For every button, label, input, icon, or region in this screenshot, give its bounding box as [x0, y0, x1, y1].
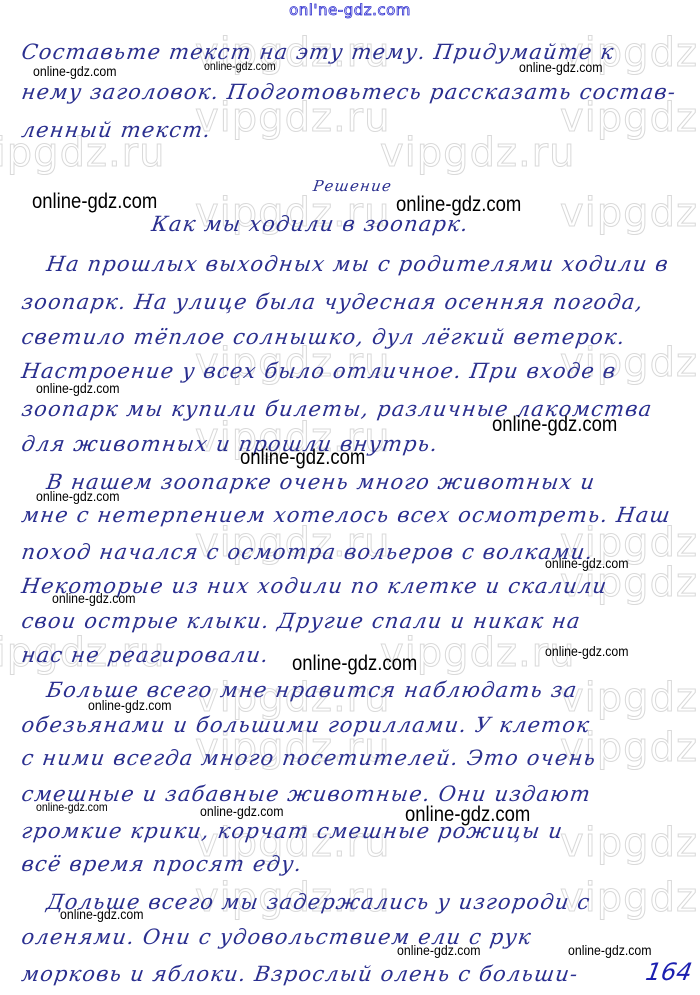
overlay-watermark: online-gdz.com — [88, 697, 172, 713]
overlay-watermark: online-gdz.com — [36, 380, 120, 396]
header-watermark: onl'ne-gdz.com — [0, 1, 700, 19]
essay-line: обезьянами и большими гориллами. У клето… — [20, 713, 592, 737]
essay-line: мне с нетерпением хотелось всех осмотрет… — [20, 503, 673, 527]
overlay-watermark: online-gdz.com — [52, 590, 136, 606]
overlay-watermark: online-gdz.com — [568, 942, 652, 958]
essay-line: В нашем зоопарке очень много животных и — [45, 470, 597, 494]
essay-line: морковь и яблоки. Взрослый олень с больш… — [20, 962, 580, 986]
overlay-watermark: online-gdz.com — [492, 413, 617, 437]
essay-line: На прошлых выходных мы с родителями ходи… — [45, 252, 671, 276]
bg-watermark: vipgdz.ru — [380, 130, 575, 176]
overlay-watermark: online-gdz.com — [32, 190, 157, 214]
overlay-watermark: online-gdz.com — [36, 488, 120, 504]
overlay-watermark: online-gdz.com — [397, 942, 481, 958]
bg-watermark: vipgdz.ru — [560, 190, 700, 236]
essay-line: свои острые клыки. Другие спали и никак … — [20, 609, 583, 633]
bg-watermark: vipgdz.ru — [560, 820, 700, 866]
overlay-watermark: online-gdz.com — [204, 59, 276, 73]
overlay-watermark: online-gdz.com — [33, 63, 117, 79]
overlay-watermark: online-gdz.com — [36, 800, 108, 814]
overlay-watermark: online-gdz.com — [545, 555, 629, 571]
overlay-watermark: online-gdz.com — [545, 643, 629, 659]
essay-line: светило тёплое солнышко, дул лёгкий вете… — [20, 325, 627, 349]
overlay-watermark: online-gdz.com — [405, 803, 530, 827]
essay-line: поход начался с осмотра вольеров с волка… — [20, 540, 595, 564]
homework-page: vipgdz.ru vipgdz.ru vipgdz.ru vipgdz.ru … — [0, 0, 700, 995]
overlay-watermark: online-gdz.com — [396, 193, 521, 217]
overlay-watermark: online-gdz.com — [60, 906, 144, 922]
essay-line: зоопарк. На улице была чудесная осенняя … — [20, 290, 645, 314]
essay-line: всё время просят еду. — [20, 852, 304, 876]
task-line: нему заголовок. Подготовьтесь рассказать… — [20, 80, 678, 104]
overlay-watermark: online-gdz.com — [240, 446, 365, 470]
solution-label: Решение — [312, 177, 393, 195]
essay-line: с ними всегда много посетителей. Это оче… — [20, 746, 598, 770]
essay-line: нас не реагировали. — [20, 643, 271, 667]
overlay-watermark: online-gdz.com — [200, 803, 284, 819]
overlay-watermark: online-gdz.com — [519, 59, 603, 75]
task-line: ленный текст. — [20, 118, 213, 142]
essay-line: для животных и прошли внутрь. — [20, 432, 440, 456]
overlay-watermark: online-gdz.com — [292, 652, 417, 676]
page-number: 164 — [644, 958, 695, 986]
